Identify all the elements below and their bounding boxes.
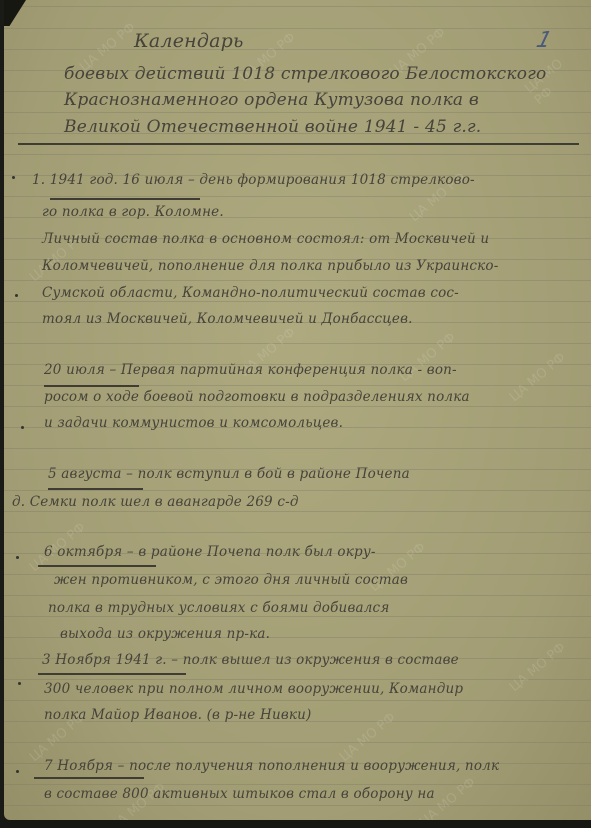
entry-line: полка в трудных условиях с боями добивал… [48, 600, 389, 616]
entry-line: выхода из окружения пр-ка. [60, 626, 270, 642]
margin-mark [21, 426, 24, 429]
date-underline [34, 777, 144, 779]
title-line-2: Краснознаменного ордена Кутузова полка в [64, 90, 479, 110]
date-underline [44, 385, 139, 387]
entry-line: тоял из Москвичей, Коломчевичей и Донбас… [42, 311, 413, 327]
entry-line: и задачи коммунистов и комсомольцев. [44, 415, 343, 431]
entry-line: 5 августа – полк вступил в бой в районе … [48, 466, 410, 482]
folded-corner [4, 0, 26, 26]
entry-line: 3 Ноября 1941 г. – полк вышел из окружен… [42, 652, 459, 668]
date-underline [38, 673, 186, 675]
entry-line: в составе 800 активных штыков стал в обо… [44, 786, 435, 802]
document-page: ЦА МО РФ ЦА МО РФ ЦА МО РФ ЦА МО РФ ЦА М… [4, 0, 591, 820]
entry-line: 1. 1941 год. 16 июля – день формирования… [32, 172, 475, 188]
title-divider [18, 143, 579, 145]
entry-line: полка Майор Иванов. (в р-не Нивки) [44, 707, 312, 723]
margin-mark [16, 770, 19, 773]
watermark: ЦА МО РФ [337, 710, 399, 765]
date-underline [48, 488, 143, 490]
entry-line: 6 октября – в районе Почепа полк был окр… [44, 544, 376, 560]
margin-mark [16, 556, 19, 559]
watermark: ЦА МО РФ [507, 640, 569, 695]
entry-line: Сумской области, Командно-политический с… [42, 285, 459, 301]
entry-line: жен противником, с этого дня личный сост… [54, 572, 408, 588]
page-number: 1 [534, 28, 555, 53]
entry-line: 7 Ноября – после получения пополнения и … [44, 758, 499, 774]
margin-mark [18, 682, 21, 685]
date-underline [38, 565, 156, 567]
entry-line: д. Семки полк шел в авангарде 269 с-д [12, 494, 299, 510]
watermark: ЦА МО РФ [507, 350, 569, 405]
entry-line: го полка в гор. Коломне. [42, 204, 224, 220]
scan-border [0, 820, 591, 828]
title-line-1: боевых действий 1018 стрелкового Белосто… [64, 64, 546, 84]
title-line-3: Великой Отечественной войне 1941 - 45 г.… [64, 117, 481, 137]
entry-line: 300 человек при полном личном вооружении… [44, 681, 463, 697]
entry-line: росом о ходе боевой подготовки в подразд… [44, 389, 470, 405]
margin-mark [12, 176, 15, 179]
date-underline [50, 198, 200, 200]
entry-line: Личный состав полка в основном состоял: … [42, 231, 489, 247]
entry-line: 20 июля – Первая партийная конференция п… [44, 362, 457, 378]
margin-mark [15, 294, 18, 297]
document-heading: Календарь [134, 30, 244, 52]
entry-line: Коломчевичей, пополнение для полка прибы… [42, 258, 499, 274]
